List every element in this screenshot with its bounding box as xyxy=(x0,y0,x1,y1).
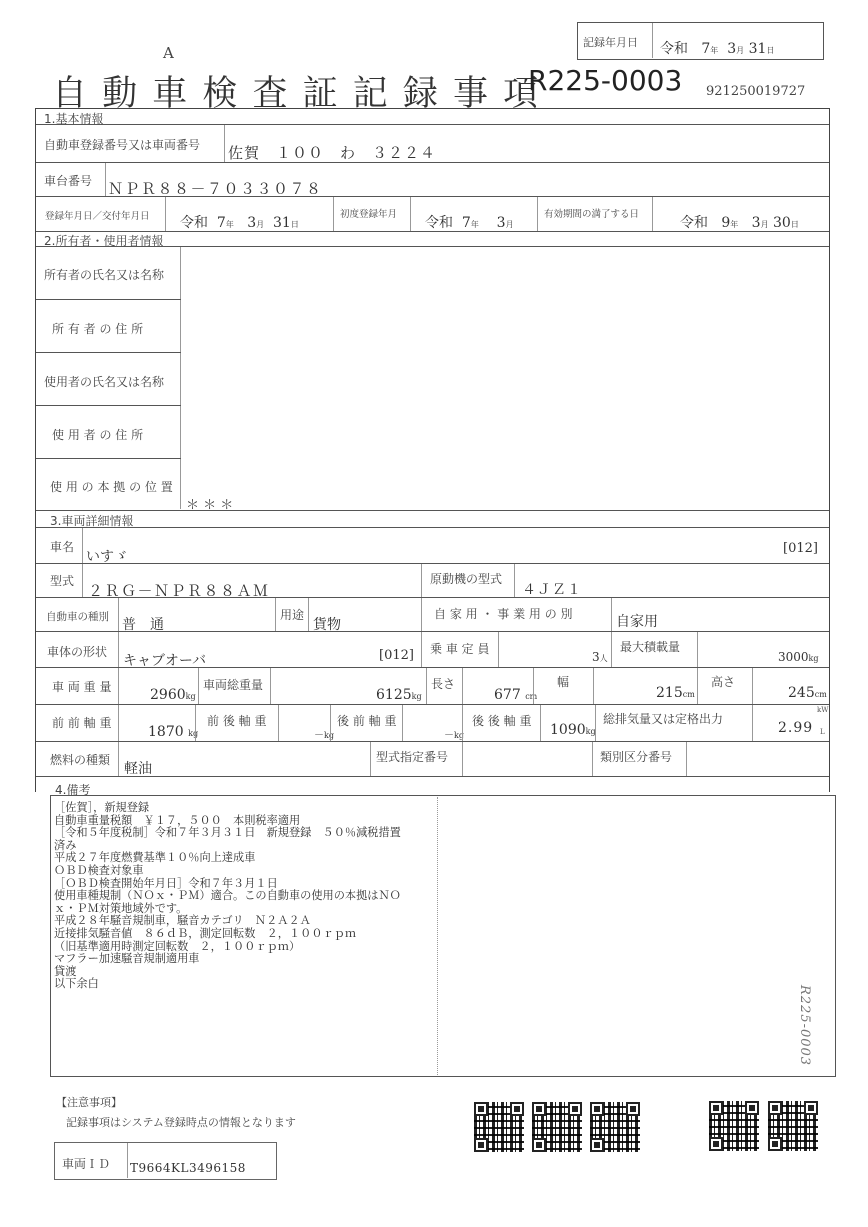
private-business-value: 自家用 xyxy=(616,611,658,631)
owner-name-label: 所有者の氏名又は名称 xyxy=(44,266,164,283)
height-value: 245cm xyxy=(788,685,827,701)
first-reg-label: 初度登録年月 xyxy=(340,206,397,220)
qr-code-2 xyxy=(532,1102,582,1152)
remark-line: ［令和５年度税制］令和７年３月３１日 新規登録 ５０％減税措置 xyxy=(54,827,401,840)
length-label: 長さ xyxy=(431,675,455,692)
max-load-value: 3000kg xyxy=(778,650,819,664)
expiry-value: 令和 9年 3月 30日 xyxy=(680,212,799,232)
qr-code-1 xyxy=(474,1102,524,1152)
type-designation-label: 型式指定番号 xyxy=(376,748,448,765)
usage-label: 用途 xyxy=(280,606,304,623)
qr-code-4 xyxy=(709,1101,759,1151)
weight-value: 2960kg xyxy=(150,687,196,703)
category-label: 類別区分番号 xyxy=(600,748,672,765)
remark-line: 近接排気騒音値 ８６ｄＢ，測定回転数 ２，１００ｒｐｍ xyxy=(54,928,401,941)
reg-number-label: 自動車登録番号又は車両番号 xyxy=(44,136,200,153)
remarks-list: ［佐賀］，新規登録自動車重量税額 ￥１７，５００ 本則税率適用［令和５年度税制］… xyxy=(54,802,401,991)
height-label: 高さ xyxy=(711,673,735,690)
fuel-label: 燃料の種類 xyxy=(50,751,110,768)
rr-axle-value: 1090kg xyxy=(550,722,596,738)
expiry-label: 有効期間の満了する日 xyxy=(544,206,639,220)
remark-line: ［佐賀］，新規登録 xyxy=(54,802,401,815)
weight-label: 車 両 重 量 xyxy=(52,678,111,695)
notice-text: 記録事項はシステム登録時点の情報となります xyxy=(66,1114,296,1130)
displacement-label: 総排気量又は定格出力 xyxy=(603,710,723,727)
qr-code-3 xyxy=(590,1102,640,1152)
rr-axle-label: 後 後 軸 重 xyxy=(472,712,531,729)
document-number: 921250019727 xyxy=(706,84,805,99)
width-value: 215cm xyxy=(656,685,695,701)
rf-axle-value: －kg xyxy=(444,726,464,741)
car-name-label: 車名 xyxy=(50,538,74,555)
engine-model-value: ４ＪＺ１ xyxy=(522,579,582,599)
model-label: 型式 xyxy=(50,572,74,589)
remark-line: 使用車種規制（ＮＯｘ・ＰＭ）適合。この自動車の使用の本拠はＮＯ xyxy=(54,890,401,903)
reg-date-value: 令和 7年 3月 31日 xyxy=(180,212,299,232)
remark-line: マフラー加速騒音規制適用車 xyxy=(54,953,401,966)
handwritten-note: R225-0003 xyxy=(797,985,812,1066)
width-label: 幅 xyxy=(557,673,569,690)
gross-weight-value: 6125kg xyxy=(376,687,422,703)
fr-axle-label: 前 後 軸 重 xyxy=(207,712,266,729)
displacement-unit-l: L xyxy=(820,728,825,736)
body-shape-code: [012] xyxy=(379,648,414,663)
ff-axle-value: 1870 kg xyxy=(148,724,198,740)
remark-line: 以下余白 xyxy=(54,978,401,991)
first-reg-value: 令和 7年 3月 xyxy=(425,212,514,232)
rf-axle-label: 後 前 軸 重 xyxy=(337,712,396,729)
owner-address-label: 所 有 者 の 住 所 xyxy=(52,320,143,337)
remark-line: 貸渡 xyxy=(54,966,401,979)
capacity-value: 3人 xyxy=(592,650,608,664)
ff-axle-label: 前 前 軸 重 xyxy=(52,714,111,731)
private-business-label: 自 家 用 ・ 事 業 用 の 別 xyxy=(434,605,573,622)
user-name-label: 使用者の氏名又は名称 xyxy=(44,373,164,390)
chassis-label: 車台番号 xyxy=(44,172,92,189)
user-address-label: 使 用 者 の 住 所 xyxy=(52,426,143,443)
qr-code-5 xyxy=(768,1101,818,1151)
fuel-value: 軽油 xyxy=(124,758,152,778)
max-load-label: 最大積載量 xyxy=(620,638,680,655)
corner-mark: A xyxy=(163,44,174,62)
length-value: 677 cm xyxy=(494,687,537,703)
document-code: R225-0003 xyxy=(528,64,682,97)
vehicle-id-value: T9664KL3496158 xyxy=(130,1161,246,1175)
displacement-value: 2.99 xyxy=(778,720,813,736)
vehicle-type-label: 自動車の種別 xyxy=(46,609,109,624)
displacement-unit-kw: kW xyxy=(817,706,828,714)
reg-number-value: 佐賀 １００ わ ３２２４ xyxy=(228,142,436,163)
base-location-label: 使 用 の 本 拠 の 位 置 xyxy=(50,478,173,495)
record-date-label: 記録年月日 xyxy=(583,34,638,50)
capacity-label: 乗 車 定 員 xyxy=(430,640,489,657)
gross-weight-label: 車両総重量 xyxy=(203,676,263,693)
vehicle-id-label: 車両ＩＤ xyxy=(62,1155,110,1172)
car-name-code: [012] xyxy=(783,541,818,556)
remarks-divider xyxy=(437,797,438,1075)
reg-date-label: 登録年月日／交付年月日 xyxy=(45,208,150,222)
record-date-value: 令和 7年 3月 31日 xyxy=(660,38,774,58)
notice-title: 【注意事項】 xyxy=(56,1094,122,1110)
body-shape-label: 車体の形状 xyxy=(47,643,107,660)
remark-line: ＯＢＤ検査対象車 xyxy=(54,865,401,878)
engine-model-label: 原動機の型式 xyxy=(430,570,502,587)
